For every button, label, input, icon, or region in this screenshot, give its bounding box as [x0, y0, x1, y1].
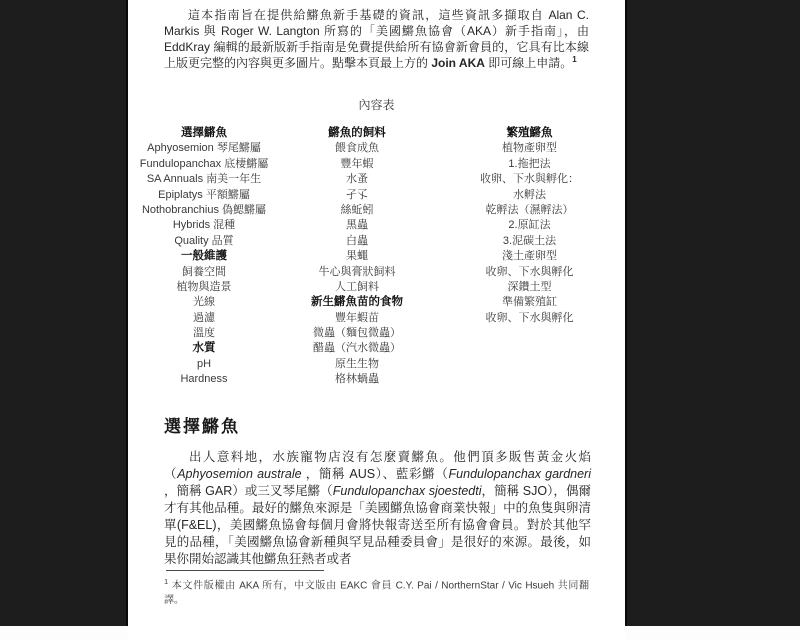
toc-column-killifish-food: 鱂魚的飼料餵食成魚豐年蝦水蚤孑孓絲蚯蚓黑蟲白蟲果蠅牛心與膏狀飼料人工飼料新生鱂魚…: [280, 126, 434, 388]
toc-columns: 選擇鱂魚Aphyosemion 琴尾鱂屬Fundulopanchax 底棲鱂屬S…: [128, 126, 625, 388]
text-run: Join AKA: [431, 56, 485, 70]
toc-item: 3.泥碳土法: [434, 234, 625, 249]
toc-item: 豐年蝦: [280, 157, 434, 172]
toc-item: 2.原缸法: [434, 218, 625, 233]
toc-item: 水孵法: [434, 188, 625, 203]
toc-section-header: 繁殖鱂魚: [434, 126, 625, 141]
text-run: 即可線上申請。: [485, 56, 572, 70]
toc-section-header: 水質: [128, 341, 280, 356]
toc-item: 收卵、下水與孵化: [434, 311, 625, 326]
toc-column-breeding-killifish: 繁殖鱂魚植物產卵型1.拖把法收卵、下水與孵化：水孵法乾孵法（濕孵法）2.原缸法3…: [434, 126, 625, 388]
intro-paragraph: 這本指南旨在提供給鱂魚新手基礎的資訊，這些資訊多擷取自 Alan C. Mark…: [164, 7, 589, 71]
toc-item: 深鑽土型: [434, 280, 625, 295]
toc-item: 溫度: [128, 326, 280, 341]
toc-item: 過濾: [128, 311, 280, 326]
toc-item: Nothobranchius 偽鰓鱂屬: [128, 203, 280, 218]
toc-column-choosing-killifish: 選擇鱂魚Aphyosemion 琴尾鱂屬Fundulopanchax 底棲鱂屬S…: [128, 126, 280, 388]
toc-item: 飼養空間: [128, 265, 280, 280]
toc-item: 孑孓: [280, 188, 434, 203]
letterbox-left: [0, 0, 128, 626]
toc-item: pH: [128, 357, 280, 372]
toc-item: 收卵、下水與孵化: [434, 265, 625, 280]
text-run: Fundulopanchax sjoestedti: [333, 484, 482, 498]
toc-item: Hardness: [128, 372, 280, 387]
toc-item: Fundulopanchax 底棲鱂屬: [128, 157, 280, 172]
toc-item: 牛心與膏狀飼料: [280, 265, 434, 280]
footnote-divider: [166, 570, 324, 571]
toc-section-header: 鱂魚的飼料: [280, 126, 434, 141]
toc-item: 光線: [128, 295, 280, 310]
toc-item: 絲蚯蚓: [280, 203, 434, 218]
letterbox-right: [625, 0, 800, 626]
toc-item: 植物與造景: [128, 280, 280, 295]
toc-item: 1.拖把法: [434, 157, 625, 172]
toc-item: 黑蟲: [280, 218, 434, 233]
body-paragraph: 出人意料地，水族寵物店沒有怎麼賣鱂魚。他們頂多販售黃金火焰（Aphyosemio…: [164, 449, 591, 568]
toc-section-header: 一般維護: [128, 249, 280, 264]
text-run: Fundulopanchax gardneri: [449, 467, 591, 481]
toc-item: 人工飼料: [280, 280, 434, 295]
toc-item: 收卵、下水與孵化：: [434, 172, 625, 187]
toc-item: SA Annuals 南美一年生: [128, 172, 280, 187]
text-run: ，簡稱 AUS）、藍彩鱂（: [302, 467, 449, 481]
toc-item: 餵食成魚: [280, 141, 434, 156]
toc-item: Aphyosemion 琴尾鱂屬: [128, 141, 280, 156]
toc-item: 水蚤: [280, 172, 434, 187]
toc-section-header: 選擇鱂魚: [128, 126, 280, 141]
text-run: 1: [572, 55, 576, 64]
toc-item: 淺土產卵型: [434, 249, 625, 264]
toc-section-header: 新生鱂魚苗的食物: [280, 295, 434, 310]
text-run: Aphyosemion australe: [177, 467, 301, 481]
toc-title: 內容表: [128, 96, 625, 113]
toc-item: 微蟲（麵包微蟲）: [280, 326, 434, 341]
toc-item: 乾孵法（濕孵法）: [434, 203, 625, 218]
toc-item: 原生生物: [280, 357, 434, 372]
toc-item: 白蟲: [280, 234, 434, 249]
toc-item: 植物產卵型: [434, 141, 625, 156]
toc-item: 果蠅: [280, 249, 434, 264]
text-run: ，簡稱 GAR）或三叉琴尾鱂（: [164, 484, 333, 498]
toc-item: 準備繁殖缸: [434, 295, 625, 310]
toc-item: Epiplatys 平額鱂屬: [128, 188, 280, 203]
footnote-marker: 1: [164, 577, 168, 586]
footnote: 1本文件版權由 AKA 所有，中文版由 EAKC 會員 C.Y. Pai / N…: [164, 575, 589, 608]
toc-item: 豐年蝦苗: [280, 311, 434, 326]
section-heading: 選擇鱂魚: [164, 412, 240, 437]
toc-item: 格林蝸蟲: [280, 372, 434, 387]
toc-item: Quality 品質: [128, 234, 280, 249]
footnote-text: 本文件版權由 AKA 所有，中文版由 EAKC 會員 C.Y. Pai / No…: [164, 580, 589, 606]
toc-item: Hybrids 混種: [128, 218, 280, 233]
document-page: 這本指南旨在提供給鱂魚新手基礎的資訊，這些資訊多擷取自 Alan C. Mark…: [128, 0, 625, 640]
toc-item: 醋蟲（汽水微蟲）: [280, 341, 434, 356]
screenshot-stage: 這本指南旨在提供給鱂魚新手基礎的資訊，這些資訊多擷取自 Alan C. Mark…: [0, 0, 800, 640]
